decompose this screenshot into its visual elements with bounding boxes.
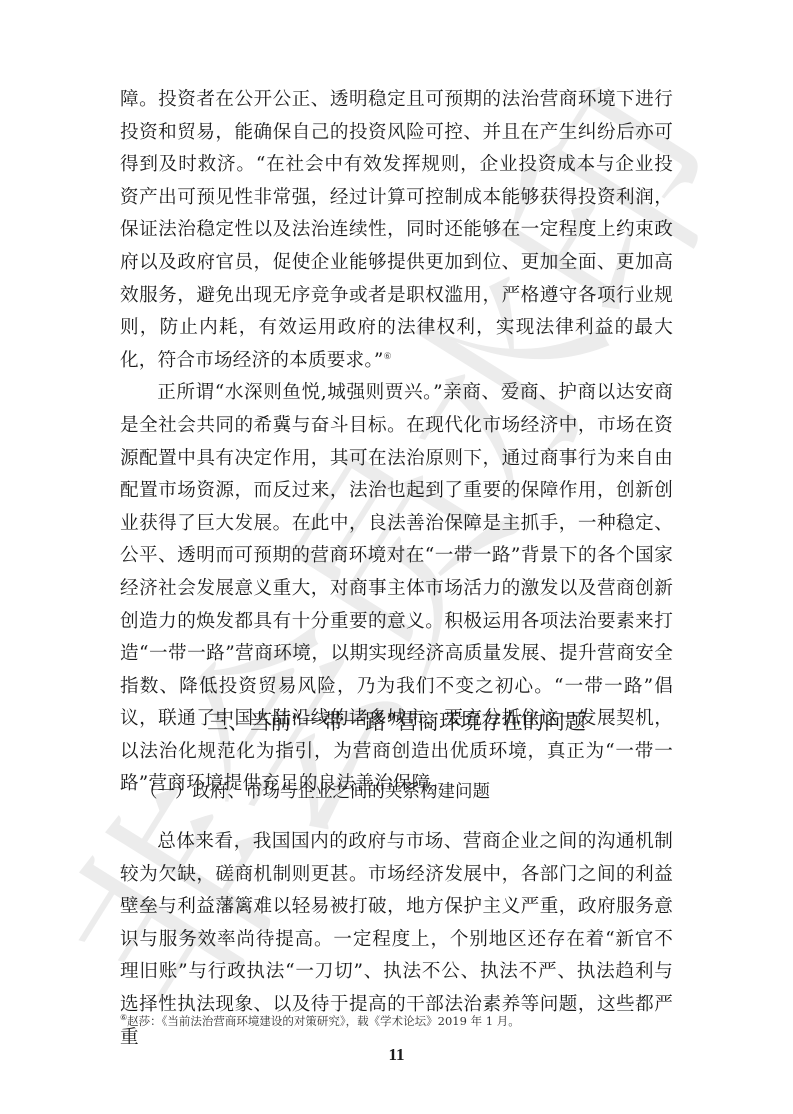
footnote-text: 赵莎：《当前法治营商环境建设的对策研究》，载《学术论坛》2019 年 1 月。 [127,1014,520,1028]
paragraph-business-environment: 正所谓“水深则鱼悦,城强则贾兴。”亲商、爱商、护商以达安商是全社会共同的希冀与奋… [120,377,673,801]
document-page: 非会员水印 障。投资者在公开公正、透明稳定且可预期的法治营商环境下进行投资和贸易… [0,0,793,1114]
section-heading: 三、当前“一带一路”营商环境存在的问题 [0,706,793,736]
page-number: 11 [0,1045,793,1065]
footnote: ⑥赵莎：《当前法治营商环境建设的对策研究》，载《学术论坛》2019 年 1 月。 [120,1013,520,1029]
body-text-upper: 障。投资者在公开公正、透明稳定且可预期的法治营商环境下进行投资和贸易，能确保自己… [120,84,673,801]
paragraph-investment-environment: 障。投资者在公开公正、透明稳定且可预期的法治营商环境下进行投资和贸易，能确保自己… [120,84,673,377]
paragraph-text: 障。投资者在公开公正、透明稳定且可预期的法治营商环境下进行投资和贸易，能确保自己… [120,89,673,371]
footnote-reference[interactable]: ⑥ [384,352,392,362]
subsection-heading: （一）政府、市场与企业之间的关系构建问题 [140,778,490,803]
